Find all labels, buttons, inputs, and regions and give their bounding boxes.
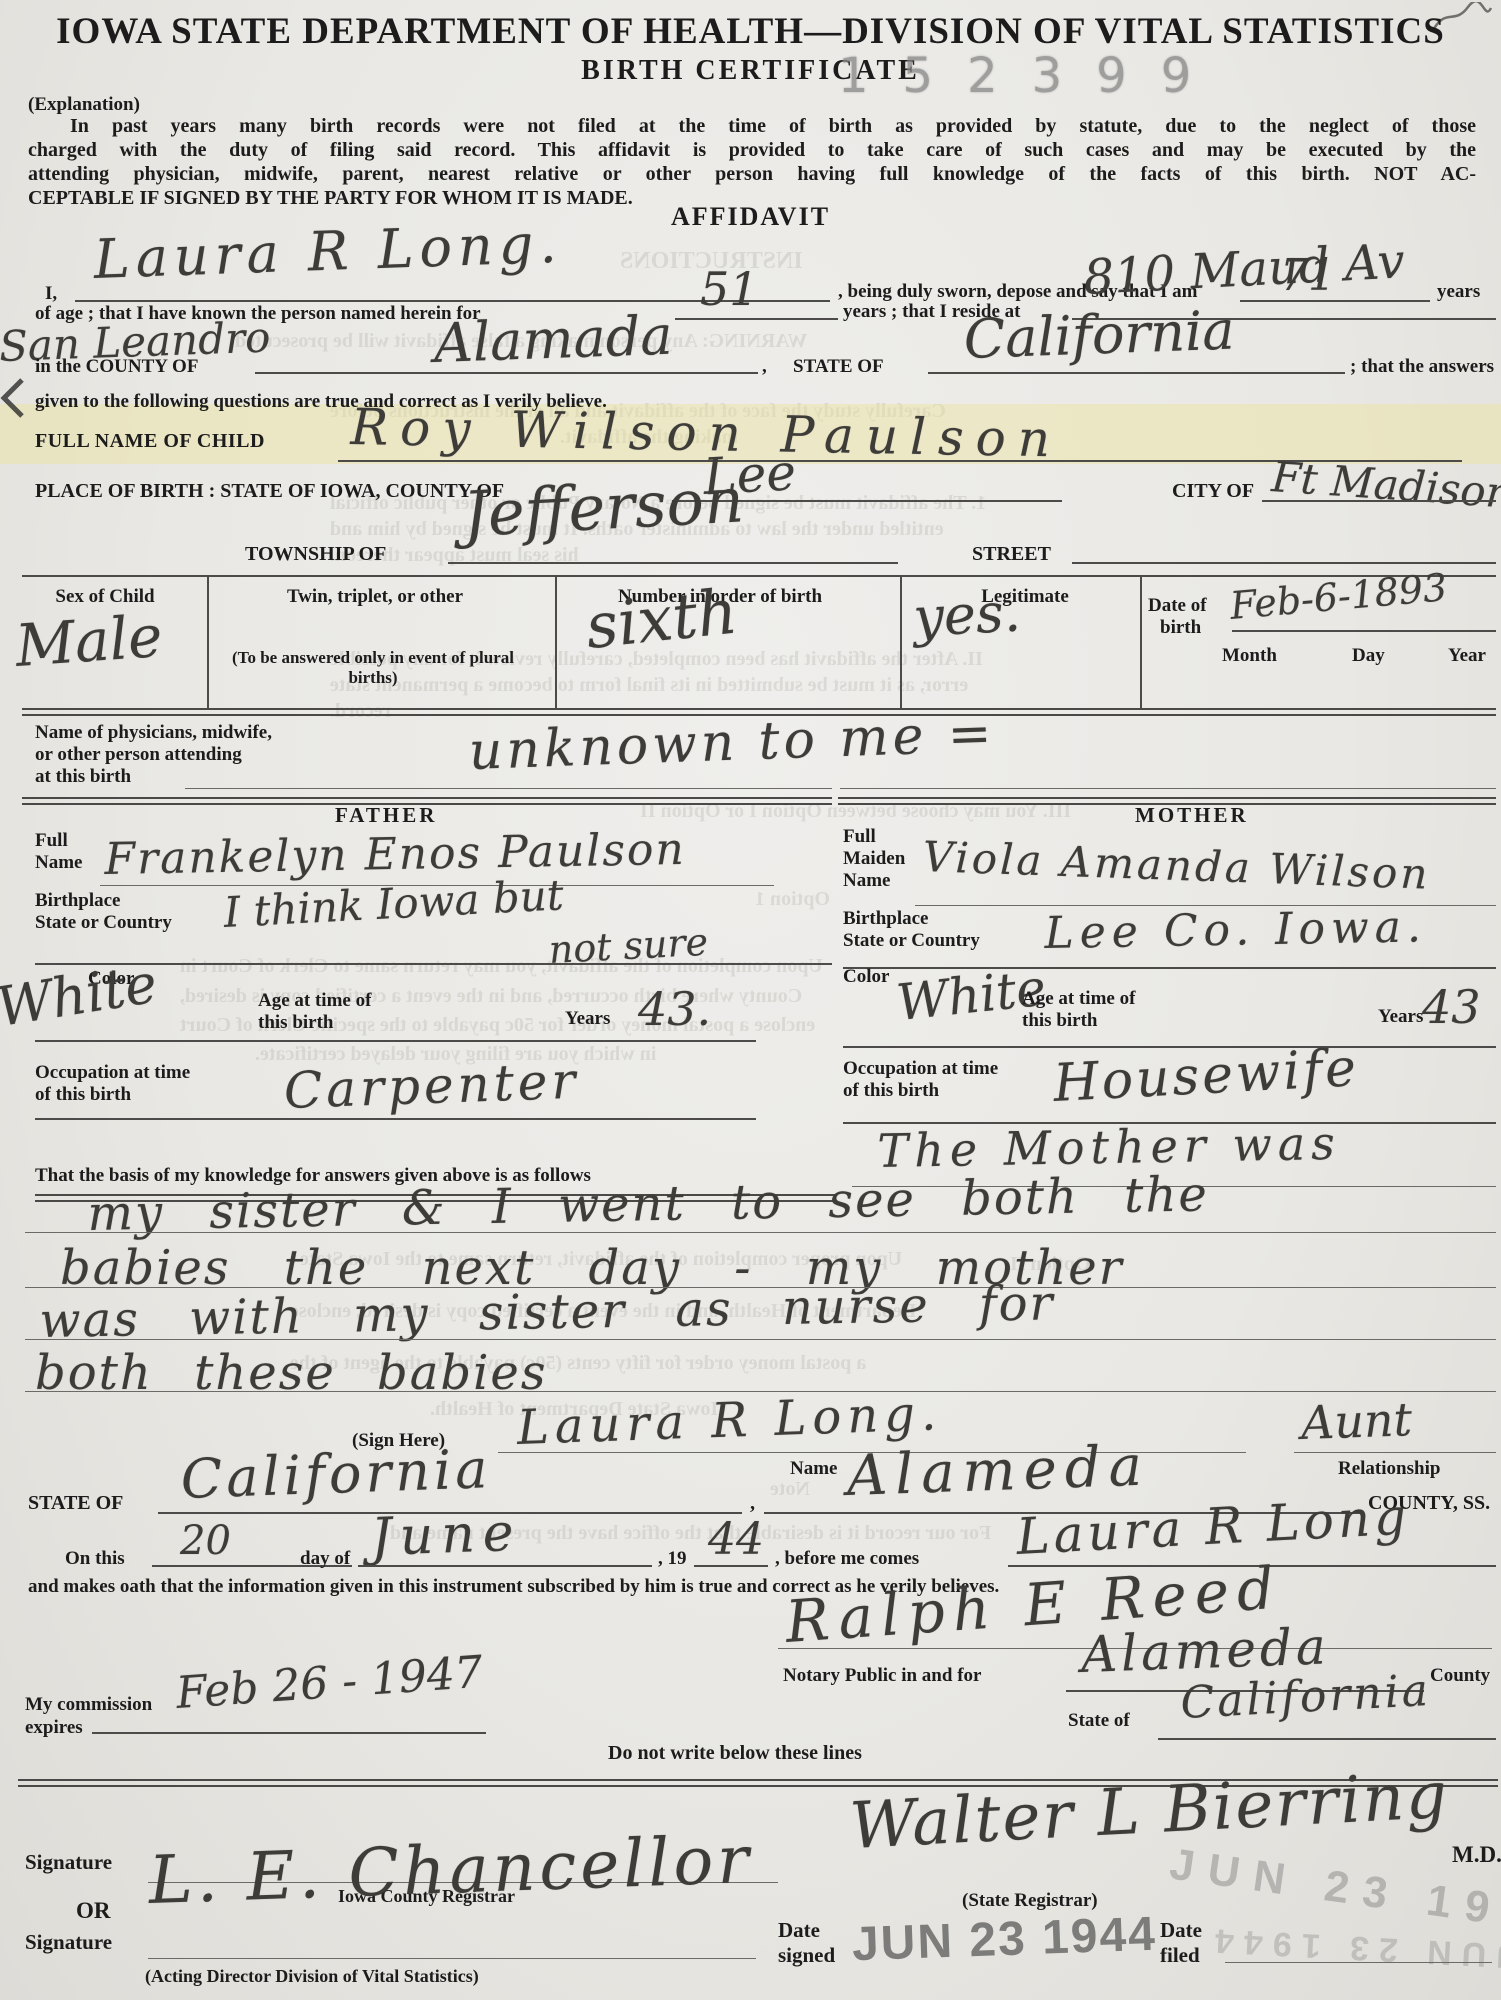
father-age-label: this birth [258,1012,334,1034]
date-signed-label: Date [778,1918,820,1943]
father-years-label: Years [565,1008,610,1030]
i-label: I, [45,283,57,305]
mother-heading: MOTHER [1135,803,1249,828]
state-handwriting: California [963,299,1236,371]
or-label: OR [76,1898,111,1924]
comma: , [762,356,767,378]
mother-age-handwriting: 43 [1422,980,1481,1034]
state-of-word-label: State of [1068,1710,1130,1732]
mother-name-label: Full [843,826,876,848]
father-occupation-label: Occupation at time [35,1062,190,1084]
state-handwriting: California [180,1437,493,1511]
explanation-line: charged with the duty of filing said rec… [28,139,1476,162]
father-occupation-label: of this birth [35,1084,131,1106]
father-name-handwriting: Frankelyn Enos Paulson [104,824,686,885]
legitimate-handwriting: yes. [912,580,1022,649]
notary-public-label: Notary Public in and for [783,1665,981,1687]
year-label: Year [1448,645,1486,667]
mother-occupation-label: Occupation at time [843,1058,998,1080]
mother-occupation-label: of this birth [843,1080,939,1102]
mother-birthplace-label: State or Country [843,930,980,952]
commission-label: My commission [25,1694,152,1716]
do-not-write-label: Do not write below these lines [608,1742,862,1765]
residence-handwriting: 810 Maud Av [1082,233,1406,306]
father-name-label: Full [35,830,68,852]
explanation-line: attending physician, midwife, parent, ne… [28,163,1476,186]
date-of-birth-label: Date of [1148,595,1207,617]
father-name-label: Name [35,852,82,874]
mother-age-label: Age at time of [1022,988,1135,1010]
year-19-label: , 19 [658,1548,687,1570]
father-occupation-handwriting: Carpenter [283,1052,580,1120]
county-handwriting: Alameda [846,1433,1151,1509]
state-registrar-signature-handwriting: Walter L Bierring [848,1759,1450,1864]
before-me-comes-label: , before me comes [775,1548,919,1570]
mother-name-label: Name [843,870,890,892]
certificate-number-stamp: 152399 [838,48,1225,104]
month-label: Month [1222,645,1277,667]
md-label: M.D. [1452,1842,1501,1868]
date-filed-label: filed [1160,1943,1200,1968]
mother-years-label: Years [1378,1006,1423,1028]
father-birthplace-label: State or Country [35,912,172,934]
relationship-label: Relationship [1338,1458,1440,1480]
commission-label: expires [25,1717,83,1739]
date-filed-label: Date [1160,1918,1202,1943]
page-title: IOWA STATE DEPARTMENT OF HEALTH—DIVISION… [0,10,1501,53]
father-age-label: Age at time of [258,990,371,1012]
years-label: years [1437,281,1480,303]
father-color-handwriting: White [0,952,161,1039]
father-birthplace-label: Birthplace [35,890,121,912]
ghost-bleed-text: Upon completion of the affidavit, you ma… [180,955,823,978]
name-label: Name [790,1458,837,1480]
month-handwriting: June [370,1503,523,1568]
mother-birthplace-handwriting: Lee Co. Iowa. [1044,901,1427,959]
day-of-label: day of [300,1548,350,1570]
acting-director-label: (Acting Director Division of Vital Stati… [145,1966,479,1987]
father-heading: FATHER [335,803,437,828]
basis-handwriting: both these babies [35,1345,547,1401]
attendant-label: or other person attending [35,744,242,766]
date-signed-stamp: JUN 23 1944 [851,1907,1158,1973]
comma: , [750,1492,755,1515]
year-handwriting: 44 [708,1514,764,1565]
state-of-label: STATE OF [28,1492,123,1515]
ghost-bleed-text: Note [770,1478,810,1501]
place-of-birth-label: PLACE OF BIRTH : STATE OF IOWA, COUNTY O… [35,480,504,503]
county-label: in the COUNTY OF [35,356,198,378]
plural-births-note: (To be answered only in event of plural … [228,648,518,688]
birth-certificate-document: INSTRUCTIONS WARNING: Any person making … [0,0,1501,2000]
street-label: STREET [972,543,1051,566]
date-of-birth-label: birth [1160,617,1201,639]
mother-color-label: Color [843,966,889,988]
explanation-line: In past years many birth records were no… [28,115,1476,138]
years-known-handwriting: 51 [700,262,759,316]
sex-handwriting: Male [13,602,164,680]
mother-name-label: Maiden [843,848,905,870]
attendant-label: Name of physicians, midwife, [35,722,272,744]
signature-label: Signature [25,1930,112,1955]
commission-date-handwriting: Feb 26 - 1947 [174,1647,484,1719]
day-label: Day [1352,645,1385,667]
explanation-label: (Explanation) [28,94,140,116]
scan-artifact-chevron [0,378,26,418]
on-this-label: On this [65,1548,125,1570]
relationship-handwriting: Aunt [1300,1392,1413,1450]
day-handwriting: 20 [180,1518,231,1564]
date-signed-label: signed [778,1943,835,1968]
county-registrar-signature-handwriting: L. E. Chancellor [147,1821,754,1919]
child-name-label: FULL NAME OF CHILD [35,430,265,453]
signature-label: Signature [25,1850,112,1875]
father-age-handwriting: 43. [638,982,711,1036]
page-subtitle: BIRTH CERTIFICATE [0,55,1501,87]
city-label: CITY OF [1172,480,1254,503]
twin-triplet-label: Twin, triplet, or other [280,586,470,608]
state-label: STATE OF [793,356,884,378]
township-handwriting: Jefferson [461,463,745,551]
answers-text: ; that the answers [1350,356,1494,378]
mother-occupation-handwriting: Housewife [1052,1038,1360,1114]
township-label: TOWNSHIP OF [245,543,386,566]
county-word-label: County [1430,1665,1490,1687]
mother-name-handwriting: Viola Amanda Wilson [922,832,1431,899]
attendant-label: at this birth [35,766,131,788]
county-handwriting: Alamada [433,304,674,375]
mother-age-label: this birth [1022,1010,1098,1032]
mother-birthplace-label: Birthplace [843,908,929,930]
ghost-bleed-text: Option 1 [755,888,830,911]
